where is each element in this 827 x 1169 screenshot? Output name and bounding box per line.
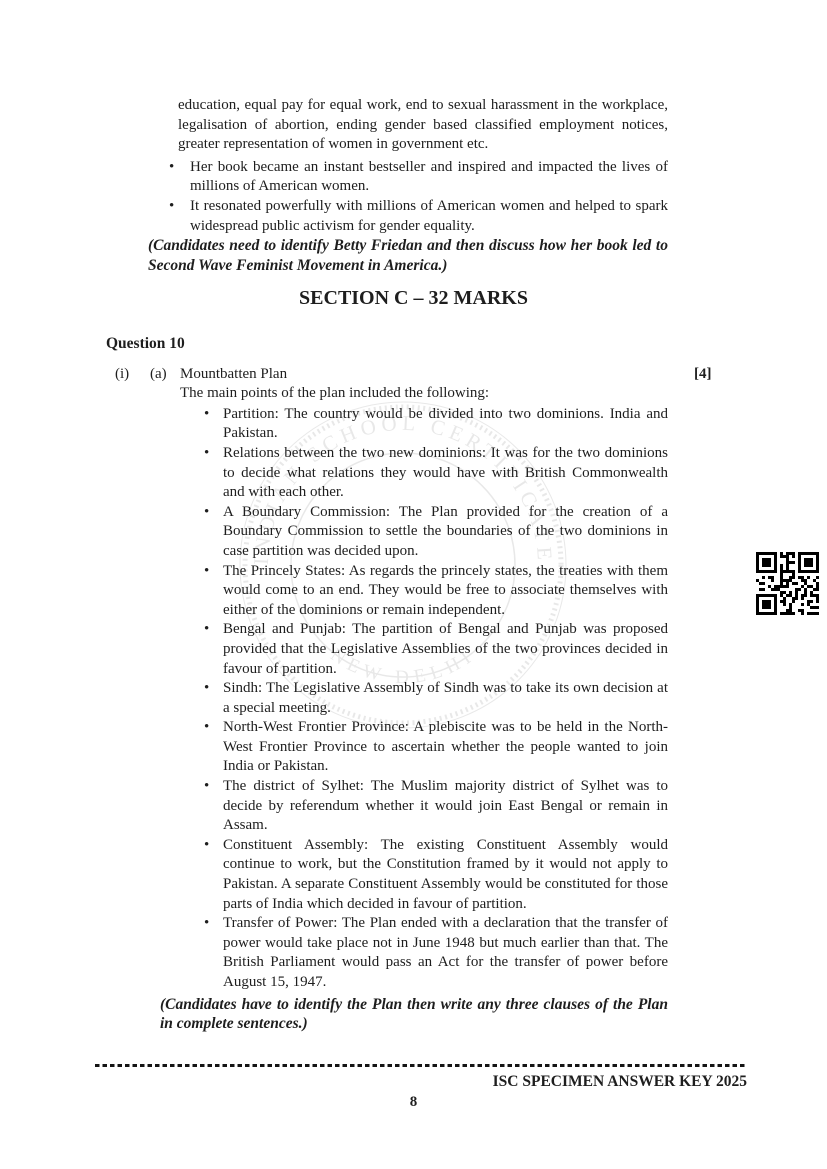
- footer-title: ISC SPECIMEN ANSWER KEY 2025: [95, 1072, 747, 1092]
- marks-badge: [4]: [694, 365, 712, 385]
- list-item: The district of Sylhet: The Muslim major…: [202, 777, 668, 836]
- answer-intro: The main points of the plan included the…: [180, 384, 827, 404]
- list-item: A Boundary Commission: The Plan provided…: [202, 503, 668, 562]
- list-item: Bengal and Punjab: The partition of Beng…: [202, 620, 668, 679]
- answer-title: Mountbatten Plan: [180, 365, 287, 385]
- list-item: Sindh: The Legislative Assembly of Sindh…: [202, 679, 668, 718]
- answer-bullet-list: Partition: The country would be divided …: [202, 405, 668, 993]
- list-item: Her book became an instant bestseller an…: [166, 158, 668, 197]
- qr-code-icon: [756, 552, 819, 615]
- list-item: The Princely States: As regards the prin…: [202, 562, 668, 621]
- examiner-note: (Candidates have to identify the Plan th…: [160, 995, 668, 1034]
- list-item: Constituent Assembly: The existing Const…: [202, 836, 668, 914]
- footer-divider: [95, 1064, 747, 1067]
- list-item: It resonated powerfully with millions of…: [166, 197, 668, 236]
- examiner-note: (Candidates need to identify Betty Fried…: [148, 236, 668, 275]
- page-number: 8: [0, 1093, 827, 1113]
- sub-part-letter: (a): [150, 365, 167, 385]
- list-item: Transfer of Power: The Plan ended with a…: [202, 914, 668, 992]
- question9-answer-block: education, equal pay for equal work, end…: [0, 96, 827, 275]
- list-item: Partition: The country would be divided …: [202, 405, 668, 444]
- qr-code: [754, 550, 821, 617]
- question10-block: Question 10 (i) (a) Mountbatten Plan [4]…: [0, 334, 827, 1034]
- answer-paragraph: education, equal pay for equal work, end…: [178, 96, 668, 155]
- list-item: Relations between the two new dominions:…: [202, 444, 668, 503]
- document-page: INDIAN SCHOOL CERTIFICATE NEW DELHI educ…: [0, 0, 827, 1169]
- list-item: North-West Frontier Province: A plebisci…: [202, 718, 668, 777]
- question-part-row: (i) (a) Mountbatten Plan [4]: [0, 365, 827, 385]
- part-number: (i): [115, 365, 129, 385]
- question-label: Question 10: [106, 334, 827, 354]
- answer-bullet-list: Her book became an instant bestseller an…: [166, 158, 668, 236]
- section-heading: SECTION C – 32 MARKS: [0, 286, 827, 310]
